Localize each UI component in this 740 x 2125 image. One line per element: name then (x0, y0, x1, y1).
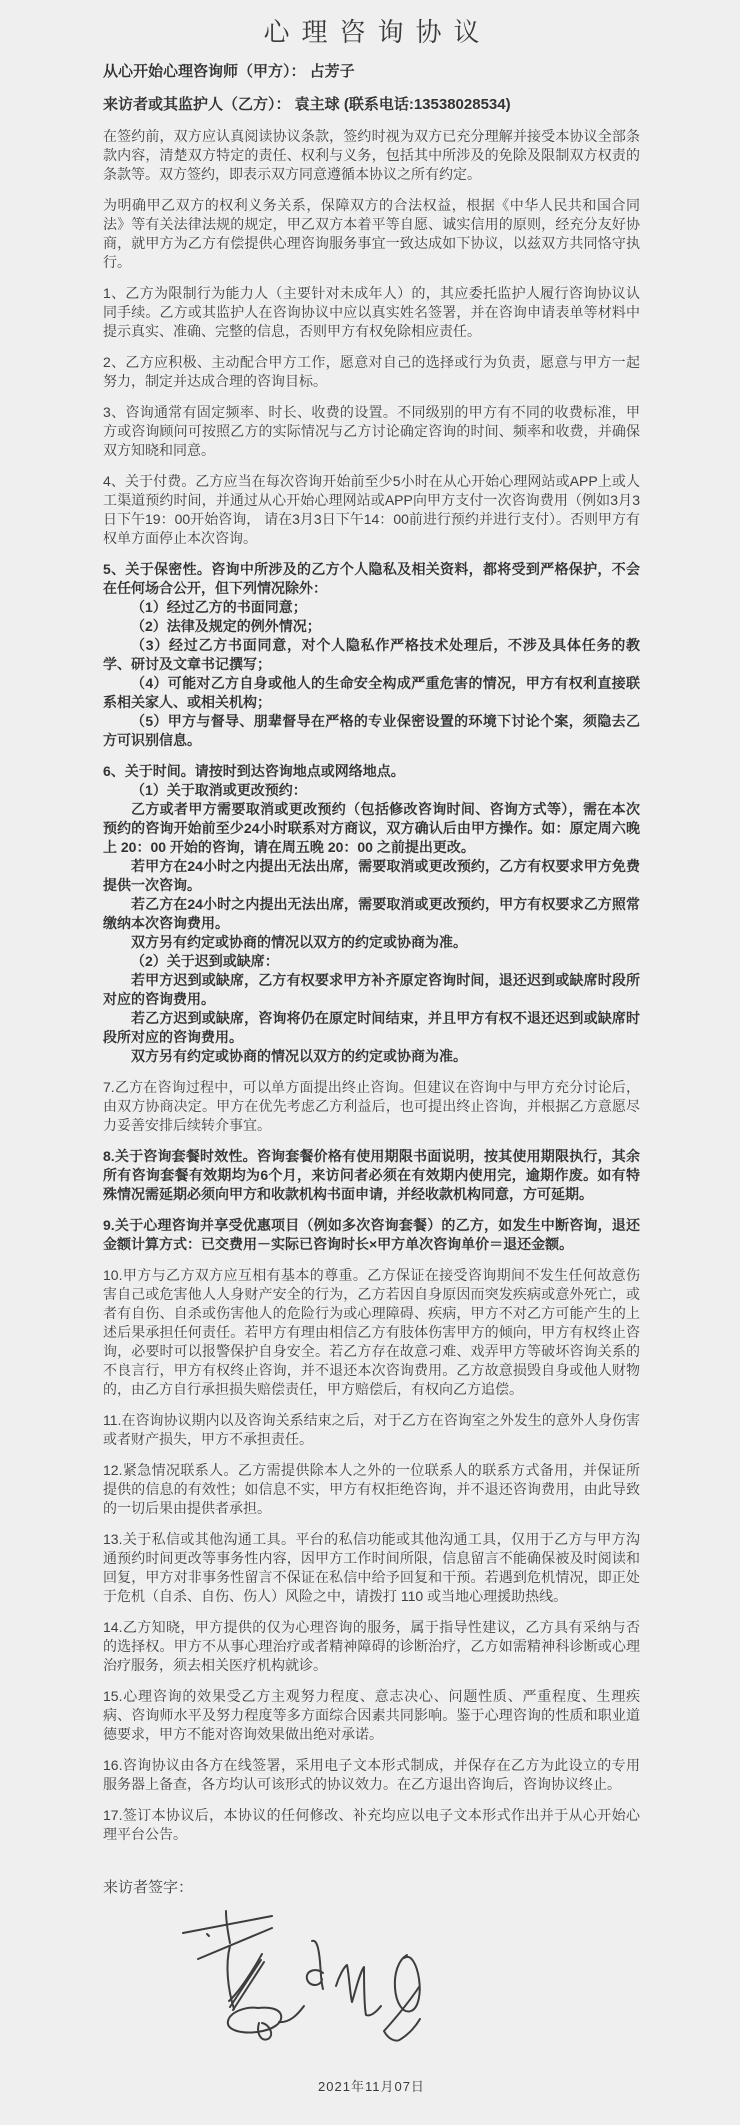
clause-16: 16.咨询协议由各方在线签署，采用电子文本形式制成，并保存在乙方为此设立的专用服… (103, 1756, 640, 1794)
intro-paragraph-1: 在签约前，双方应认真阅读协议条款，签约时视为双方已充分理解并接受本协议全部条款内… (103, 127, 640, 184)
clause-6-sub-6: （2）关于迟到或缺席： (103, 952, 640, 971)
clause-5-sub-3: （3）经过乙方书面同意，对个人隐私作严格技术处理后，不涉及具体任务的教学、研讨及… (103, 636, 640, 674)
clause-6-sub-4: 若乙方在24小时之内提出无法出席，需要取消或更改预约，甲方有权要求乙方照常缴纳本… (103, 895, 640, 933)
signature-area (103, 1910, 640, 2060)
clause-15: 15.心理咨询的效果受乙方主观努力程度、意志决心、问题性质、严重程度、生理疾病、… (103, 1687, 640, 1744)
clause-6-sub-7: 若甲方迟到或缺席，乙方有权要求甲方补齐原定咨询时间，退还迟到或缺席时段所对应的咨… (103, 971, 640, 1009)
clause-14: 14.乙方知晓，甲方提供的仅为心理咨询的服务，属于指导性建议，乙方具有采纳与否的… (103, 1618, 640, 1675)
clause-6-sub-1: （1）关于取消或更改预约： (103, 781, 640, 800)
clause-6-sub-8: 若乙方迟到或缺席，咨询将仍在原定时间结束，并且甲方有权不退还迟到或缺席时段所对应… (103, 1009, 640, 1047)
clause-13: 13.关于私信或其他沟通工具。平台的私信功能或其他沟通工具，仅用于乙方与甲方沟通… (103, 1530, 640, 1606)
clause-6-sub-9: 双方另有约定或协商的情况以双方的约定或协商为准。 (103, 1047, 640, 1066)
intro-paragraph-2: 为明确甲乙双方的权利义务关系，保障双方的合法权益，根据《中华人民共和国合同法》等… (103, 196, 640, 272)
clause-17: 17.签订本协议后，本协议的任何修改、补充均应以电子文本形式作出并于从心开始心理… (103, 1806, 640, 1844)
clause-3: 3、咨询通常有固定频率、时长、收费的设置。不同级别的甲方有不同的收费标准，甲方或… (103, 403, 640, 460)
clause-5-head: 5、关于保密性。咨询中所涉及的乙方个人隐私及相关资料，都将受到严格保护，不会在任… (103, 560, 640, 598)
agreement-date: 2021年11月07日 (103, 2076, 640, 2095)
clause-6-head: 6、关于时间。请按时到达咨询地点或网络地点。 (103, 762, 640, 781)
clause-4: 4、关于付费。乙方应当在每次咨询开始前至少5小时在从心开始心理网站或APP上或人… (103, 472, 640, 548)
clause-6-sub-3: 若甲方在24小时之内提出无法出席，需要取消或更改预约，乙方有权要求甲方免费提供一… (103, 857, 640, 895)
clause-12: 12.紧急情况联系人。乙方需提供除本人之外的一位联系人的联系方式备用，并保证所提… (103, 1461, 640, 1518)
signature-label: 来访者签字： (103, 1878, 640, 1898)
clause-5-sub-5: （5）甲方与督导、朋辈督导在严格的专业保密设置的环境下讨论个案，须隐去乙方可识别… (103, 712, 640, 750)
party-a-line: 从心开始心理咨询师（甲方）： 占芳子 (103, 62, 640, 82)
clause-10: 10.甲方与乙方双方应互相有基本的尊重。乙方保证在接受咨询期间不发生任何故意伤害… (103, 1266, 640, 1399)
clause-6-sub-2: 乙方或者甲方需要取消或更改预约（包括修改咨询时间、咨询方式等），需在本次预约的咨… (103, 800, 640, 857)
clause-2: 2、乙方应积极、主动配合甲方工作，愿意对自己的选择或行为负责，愿意与甲方一起努力… (103, 353, 640, 391)
clause-7: 7.乙方在咨询过程中，可以单方面提出终止咨询。但建议在咨询中与甲方充分讨论后，由… (103, 1078, 640, 1135)
clause-5-sub-2: （2）法律及规定的例外情况； (103, 617, 640, 636)
handwritten-signature (150, 1910, 450, 2060)
clause-8: 8.关于咨询套餐时效性。咨询套餐价格有使用期限书面说明，按其使用期限执行，其余所… (103, 1147, 640, 1204)
clause-11: 11.在咨询协议期内以及咨询关系结束之后，对于乙方在咨询室之外发生的意外人身伤害… (103, 1411, 640, 1449)
page-title: 心理咨询协议 (103, 12, 640, 49)
clause-6-time: 6、关于时间。请按时到达咨询地点或网络地点。 （1）关于取消或更改预约： 乙方或… (103, 762, 640, 1066)
clause-1: 1、乙方为限制行为能力人（主要针对未成年人）的，其应委托监护人履行咨询协议认同手… (103, 284, 640, 341)
agreement-document: 心理咨询协议 从心开始心理咨询师（甲方）： 占芳子 来访者或其监护人（乙方）： … (0, 0, 740, 2125)
clause-5-confidentiality: 5、关于保密性。咨询中所涉及的乙方个人隐私及相关资料，都将受到严格保护，不会在任… (103, 560, 640, 750)
clause-5-sub-4: （4）可能对乙方自身或他人的生命安全构成严重危害的情况，甲方有权利直接联系相关家… (103, 674, 640, 712)
clause-6-sub-5: 双方另有约定或协商的情况以双方的约定或协商为准。 (103, 933, 640, 952)
clause-9: 9.关于心理咨询并享受优惠项目（例如多次咨询套餐）的乙方，如发生中断咨询，退还金… (103, 1216, 640, 1254)
party-b-line: 来访者或其监护人（乙方）： 袁主球 (联系电话:13538028534) (103, 95, 640, 115)
clause-5-sub-1: （1）经过乙方的书面同意； (103, 598, 640, 617)
